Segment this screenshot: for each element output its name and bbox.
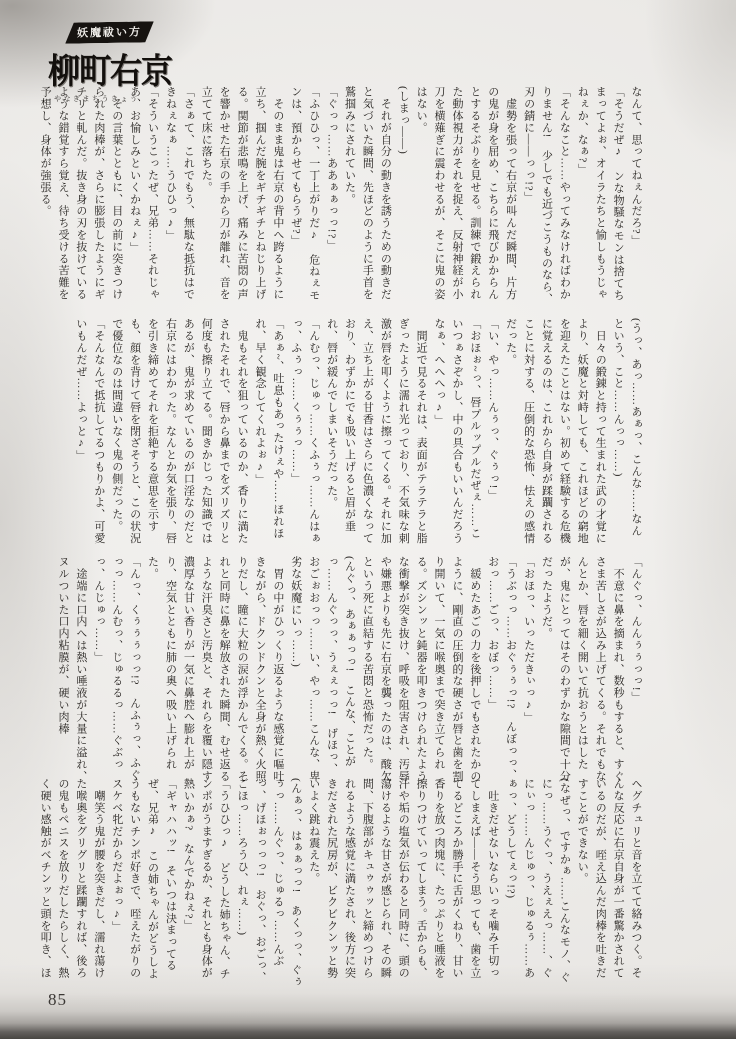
novel-page: 妖魔祓い方 柳町右京 やなぎまちうきょう なんて、思ってねぇんだろ?」「そうだぜ… [0,0,736,1039]
text-band-2: (うっ、あっ……あぁっ、こんな……なんという、こと……んっっ……) 日々の鍛錬と… [34,318,644,546]
text-band-4: ヘグチュリと音を立てて絡みつく。そんな反応に右京自身が一番驚かされているのだが、… [34,778,644,988]
paragraph: 「ぐっっ……ああぁぁっっ!?」 [322,86,340,312]
paragraph: 「おほっ、いっただきぃっ♪」 [519,556,537,786]
text-band-3: 「んぐっ、んんぅぅっっ!」 不意に鼻を摘まれ、数秒もすると、すぐさま苦しさが込み… [34,556,644,786]
paragraph: (んぐっ、あぁぁっっ! こんな、ことがっ……んぐっっ、うぇぇっっ! げほっ、おご… [286,556,358,786]
paragraph: 「うひひっ♪ どうした姉ちゃん、チンポがうますぎるか、それとも身体が熱いかぁ? … [178,778,232,988]
paragraph: 虚勢を張って右京が叫んだ瞬間、片方の鬼が身を屈め、こちらに飛びかからんとするそぶ… [411,86,518,312]
paragraph: 「そういうこったぜ、兄弟……それじゃあ、お愉しみといくかねぇ♪」 [125,86,161,312]
paragraph: 「ふひひっ、一丁上がりだ♪ 危ねぇモンは、預からせてもらうぜ?」 [286,86,322,312]
paragraph: 「あぁ~、吐息もあったけぇや……ほれほれ、早く観念してくれよぉ♪」 [250,318,286,546]
paragraph: 「んっ、くぅぅぅっっ!? んふぅっ、ふぐっっ……んむっ、じゅるるっ……ぐぶっっ、… [89,556,143,786]
paragraph: 嘲笑う鬼が腰を突きだし、濡れ蕩けた喉奥をグリグリと蹂躙すれば、後ろの鬼もペニスを… [35,778,107,988]
paragraph: 「い、やっ……んぅっ、ぐぅっ!」 [483,318,501,546]
paragraph: なんて、思ってねぇんだろ?」 [626,86,644,312]
paragraph: 緩めたあごの力を後押しでもされたかのように、剛直の圧倒的な硬さが唇と歯を割り開い… [358,556,483,786]
paragraph: 途端に口内へは熱い唾液が大量に溢れ、ヌルついた口内粘膜が、硬い肉棒 [53,556,89,786]
paragraph: 「そんなんで抵抗してるつもりかよ、可愛いもんだぜ……よっと♪」 [71,318,107,546]
paragraph: 「ギャハハッ! そいつは決まってるぜ、兄弟♪ この姉ちゃんがどうしようもないチン… [107,778,179,988]
paragraph: 「んむっ、じゅっ……くふぅっ……んはぁっ、ふぅっ……くぅぅっ……」 [286,318,322,546]
paragraph: 間近で見るそれは、表面がテラテラと脂ぎったように濡れ光っており、不気味な刺激が唇… [322,318,429,546]
paragraph: 不意に鼻を摘まれ、数秒もすると、すぐさま苦しさが込み上げてくる。それでもなんとか… [537,556,627,786]
paragraph: 「そうだぜ♪ ンな物騒なモンは捨てちまってよぉ、オイラたちと愉しもうじゃねぇか、… [572,86,626,312]
paragraph: (しまっ――) [393,86,411,312]
text-band-1: なんて、思ってねぇんだろ?」「そうだぜ♪ ンな物騒なモンは捨てちまってよぉ、オイ… [34,86,644,312]
paragraph: それが自分の動きを誘うための動きだと気づいた瞬間、先ほどのように手首を鷲掴みにさ… [340,86,394,312]
paragraph: 吐きだせないならいっそ噛み千切ってしまえば――そう思っても、歯を立てるどころか勝… [304,778,501,988]
paragraph: ヘグチュリと音を立てて絡みつく。そんな反応に右京自身が一番驚かされているのだが、… [572,778,644,988]
paragraph: 「そんなこと……やってみなければわかりません! 少しでも近づこうものなら、刃の錆… [519,86,573,312]
paragraph: 「さぁて、これでもう、無駄な抵抗はできねぇなぁ……うひひっ♪」 [161,86,197,312]
paragraph: 鬼もそれを狙っているのか、香りに満たされたそれで、唇から鼻までをズリズリと何度も… [107,318,250,546]
paragraph: 「んぐっ、んんぅぅっっ!」 [626,556,644,786]
paragraph: そのまま鬼は右京の背中へ跨るように立ち、掴んだ腕をギチギチとねじり上げる。関節が… [196,86,286,312]
series-subtitle-banner: 妖魔祓い方 [65,21,154,44]
paragraph: 「おほぉ~っ、唇プルップルだぜぇ……こいつぁさぞかし、中の具合もいいんだろうなぁ… [429,318,483,546]
paragraph: 胃の中がひっくり返るような感覚に嘔吐きながら、ドクンドクンと全身が熱く火照りだし… [143,556,286,786]
page-number: 85 [48,990,67,1010]
paragraph: (なぜっ、ですかぁ……こんなモノ、ぐにっ……うぐっ、うえぇえっ……、ぐにぃっ……… [501,778,573,988]
paragraph: (うっ、あっ……あぁっ、こんな……なんという、こと……んっっ……) [608,318,644,546]
paragraph: (んぁっ、はぁぁっっ! あくっっ、ぐぅぅっ……んぐっ、じゅるっ……んぶっ、げほぉ… [232,778,304,988]
paragraph: その言葉とともに、目の前に突きつけられた肉棒が、さらに膨張したようにギチリと軋ん… [35,86,125,312]
paragraph: 「うぶっっ……おぐぅぅっ!? んぼっっ、おっ……ごっ、おぼっ……」 [483,556,519,786]
paragraph: 日々の鍛錬と持って生まれた武の才覚により、妖魔と対峙しても、これほどの窮地を迎え… [501,318,608,546]
